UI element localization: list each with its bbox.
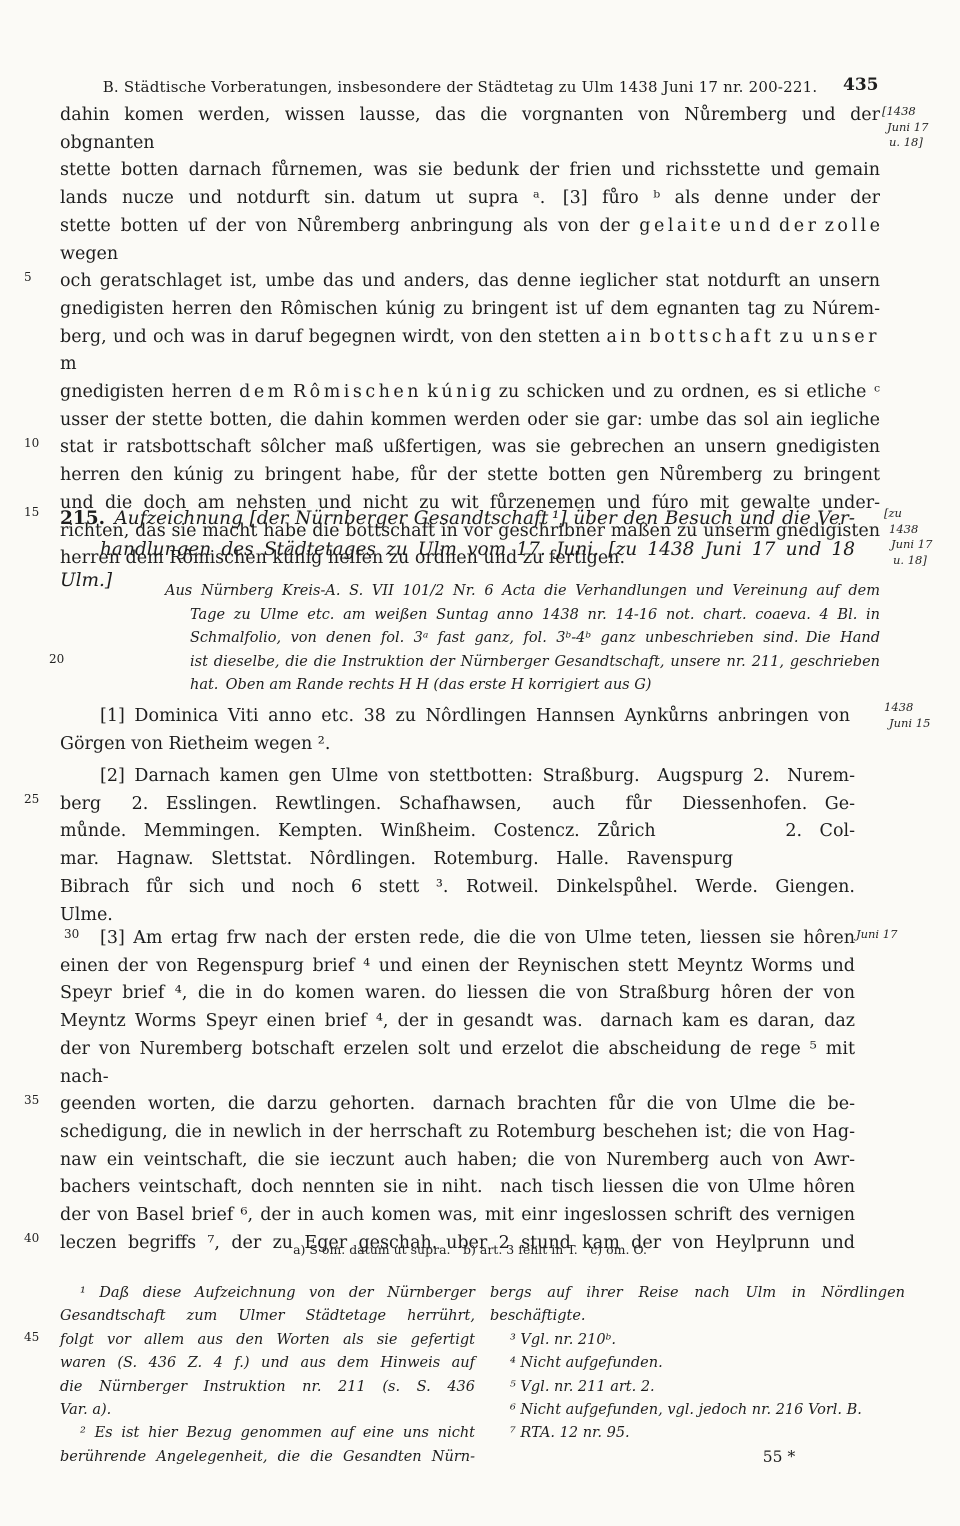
margin-note-line: [1438 — [882, 104, 960, 120]
text-line: gnedigisten herren den Rômischen kúnig z… — [60, 296, 880, 324]
margin-note-line: [zu — [884, 506, 960, 522]
margin-note-line: 1438 — [884, 700, 960, 716]
text-line: folgt vor allem aus den Worten als sie g… — [60, 1329, 475, 1352]
margin-date-note: [zu1438Juni 17u. 18] — [884, 506, 960, 568]
text-line: gnedigisten herren d e m R ô m i s c h e… — [60, 379, 880, 407]
text-line: [2] Darnach kamen gen Ulme von stettbott… — [60, 763, 855, 791]
text-line: ist dieselbe, die die Instruktion der Nü… — [165, 651, 880, 675]
margin-note-line: u. 18] — [884, 553, 960, 569]
text-line: můnde. Memmingen. Kempten. Winßheim. Cos… — [60, 818, 855, 846]
text-line: schedigung, die in newlich in der herrsc… — [60, 1119, 855, 1147]
text-line: dahin komen werden, wissen lausse, das d… — [60, 102, 880, 157]
text-line: 215. Aufzeichnung [der Nürnberger Gesand… — [60, 503, 855, 534]
margin-note-line: Juni 17 — [856, 927, 934, 943]
margin-note-line: Juni 15 — [884, 716, 960, 732]
text-line: Gesandtschaft zum Ulmer Städtetage herrü… — [60, 1305, 475, 1328]
text-line: Var. a). — [60, 1399, 475, 1422]
text-line: waren (S. 436 Z. 4 f.) und aus dem Hinwe… — [60, 1352, 475, 1375]
margin-date-note: Juni 17 — [856, 927, 934, 943]
text-line: hat. Oben am Rande rechts H H (das erste… — [165, 674, 880, 698]
margin-note-line: u. 18] — [882, 135, 960, 151]
text-line: ¹ Daß diese Aufzeichnung von der Nürnber… — [60, 1282, 475, 1305]
text-line: [1] Dominica Viti anno etc. 38 zu Nôrdli… — [60, 703, 850, 731]
text-line: ⁴ Nicht aufgefunden. — [490, 1352, 905, 1375]
text-line: geenden worten, die darzu gehorten. darn… — [60, 1091, 855, 1119]
source-description: Aus Nürnberg Kreis-A. S. VII 101/2 Nr. 6… — [165, 580, 880, 698]
text-line: stette botten darnach fůrnemen, was sie … — [60, 157, 880, 185]
text-line: stette botten uf der von Nůremberg anbri… — [60, 213, 880, 268]
book-page: B. Städtische Vorberatungen, insbesonder… — [0, 0, 960, 1526]
line-number: 45 — [24, 1331, 50, 1343]
text-line: berg 2. Esslingen. Rewtlingen. Schafhaws… — [60, 791, 855, 819]
text-line: ³ Vgl. nr. 210ᵇ. — [490, 1329, 905, 1352]
signature-mark: 55 * — [724, 1448, 834, 1466]
text-line: Speyr brief ⁴, die in do komen waren. do… — [60, 980, 855, 1008]
text-line: beschäftigte. — [490, 1305, 905, 1328]
text-line: [3] Am ertag frw nach der ersten rede, d… — [60, 925, 855, 953]
text-line: der von Nuremberg botschaft erzelen solt… — [60, 1036, 855, 1091]
text-line: herren den kúnig zu bringent habe, fůr d… — [60, 462, 880, 490]
paragraph-art2-city-list: [2] Darnach kamen gen Ulme von stettbott… — [60, 763, 855, 929]
line-number: 40 — [24, 1232, 50, 1244]
margin-note-line: 1438 — [884, 522, 960, 538]
margin-date-note: 1438Juni 15 — [884, 700, 960, 731]
text-line: berg, und och was in daruf begegnen wird… — [60, 324, 880, 379]
text-line: bachers veintschaft, doch nennten sie in… — [60, 1174, 855, 1202]
margin-note-line: Juni 17 — [884, 537, 960, 553]
line-number: 10 — [24, 437, 50, 449]
footnotes-left-column: ¹ Daß diese Aufzeichnung von der Nürnber… — [60, 1282, 475, 1469]
margin-date-note: [1438Juni 17u. 18] — [882, 104, 960, 151]
margin-note-line: Juni 17 — [882, 120, 960, 136]
entry-number: 215. — [60, 508, 105, 529]
text-line: Tage zu Ulme etc. am weißen Suntag anno … — [165, 604, 880, 628]
critical-apparatus: a) S om. datum ut supra. b) art. 3 fehlt… — [60, 1242, 880, 1257]
text-line: usser der stette botten, die dahin komme… — [60, 407, 880, 435]
text-body: dahin komen werden, wissen lausse, das d… — [0, 0, 960, 1526]
text-line: stat ir ratsbottschaft sôlcher maß ußfer… — [60, 434, 880, 462]
text-line: Görgen von Rietheim wegen ². — [60, 731, 850, 759]
line-number: 25 — [24, 793, 50, 805]
line-number: 20 — [24, 653, 50, 665]
text-line: Schmalfolio, von denen fol. 3ᵃ fast ganz… — [165, 627, 880, 651]
line-number: 30 — [24, 928, 50, 940]
text-line: die Nürnberger Instruktion nr. 211 (s. S… — [60, 1376, 475, 1399]
text-line: Meyntz Worms Speyr einen brief ⁴, der in… — [60, 1008, 855, 1036]
line-number: 5 — [24, 271, 50, 283]
text-line: ² Es ist hier Bezug genommen auf eine un… — [60, 1422, 475, 1445]
paragraph-art1: [1] Dominica Viti anno etc. 38 zu Nôrdli… — [60, 703, 850, 758]
line-number: 35 — [24, 1094, 50, 1106]
text-line: einen der von Regenspurg brief ⁴ und ein… — [60, 953, 855, 981]
text-line: lands nucze und notdurft sin. datum ut s… — [60, 185, 880, 213]
text-line: der von Basel brief ⁶, der in auch komen… — [60, 1202, 855, 1230]
text-line: berührende Angelegenheit, die die Gesand… — [60, 1446, 475, 1469]
paragraph-art3: [3] Am ertag frw nach der ersten rede, d… — [60, 925, 855, 1257]
text-line: naw ein veintschaft, die sie ieczunt auc… — [60, 1147, 855, 1175]
text-line: ⁵ Vgl. nr. 211 art. 2. — [490, 1376, 905, 1399]
text-line: ⁷ RTA. 12 nr. 95. — [490, 1422, 905, 1445]
text-line: mar. Hagnaw. Slettstat. Nôrdlingen. Rote… — [60, 846, 855, 874]
text-line: och geratschlaget ist, umbe das und ande… — [60, 268, 880, 296]
text-line: Bibrach fůr sich und noch 6 stett ³. Rot… — [60, 874, 855, 902]
line-number: 15 — [24, 506, 50, 518]
text-line: ⁶ Nicht aufgefunden, vgl. jedoch nr. 216… — [490, 1399, 905, 1422]
text-line: bergs auf ihrer Reise nach Ulm in Nördli… — [490, 1282, 905, 1305]
footnotes-right-column: bergs auf ihrer Reise nach Ulm in Nördli… — [490, 1282, 905, 1446]
text-line: Aus Nürnberg Kreis-A. S. VII 101/2 Nr. 6… — [165, 580, 880, 604]
